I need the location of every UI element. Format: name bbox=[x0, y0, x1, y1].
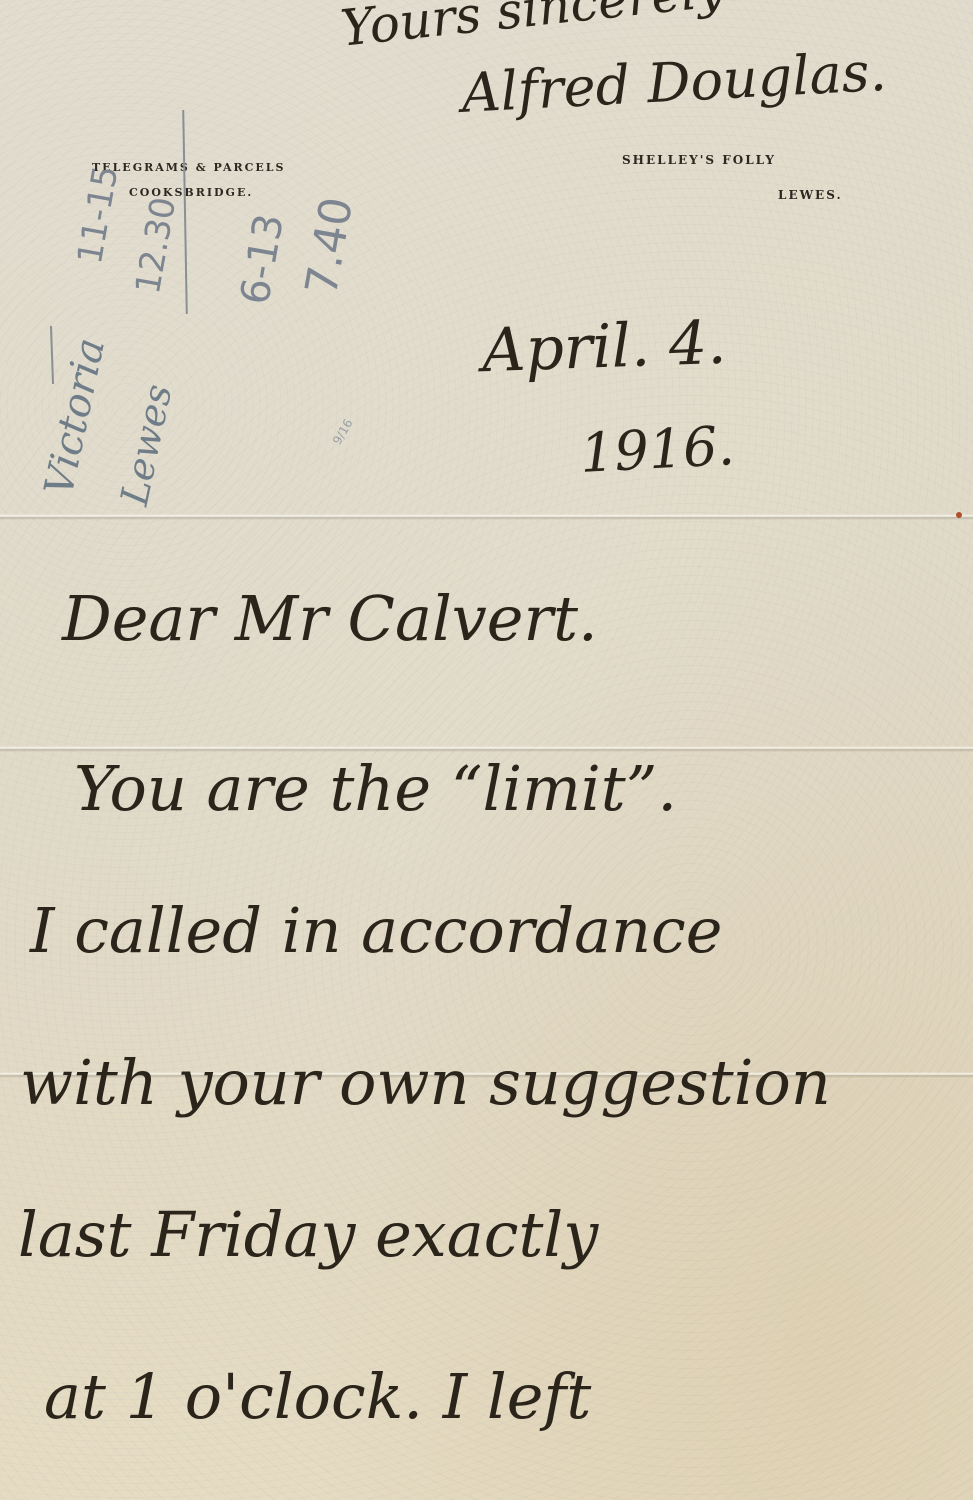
pencil-time-1230: 12.30 bbox=[128, 194, 184, 297]
rust-spot bbox=[956, 512, 962, 518]
fold-crease bbox=[0, 514, 973, 520]
pencil-time-613: 6-13 bbox=[232, 211, 293, 308]
date-month-day: April. 4. bbox=[481, 308, 727, 386]
letter-page: Yours sincerely Alfred Douglas. TELEGRAM… bbox=[0, 0, 973, 1500]
pencil-time-1115: 11-15 bbox=[70, 163, 127, 267]
pencil-time-740: 7.40 bbox=[296, 194, 363, 299]
letterhead-lewes: LEWES. bbox=[778, 188, 843, 202]
pencil-mark bbox=[50, 326, 54, 384]
body-line: with your own suggestion bbox=[20, 1046, 831, 1119]
date-year: 1916. bbox=[578, 414, 736, 485]
pencil-small-mark: 9/16 bbox=[330, 417, 356, 447]
salutation: Dear Mr Calvert. bbox=[62, 582, 598, 655]
pencil-divider-line bbox=[182, 110, 188, 314]
body-line: You are the “limit”. bbox=[74, 752, 677, 825]
letterhead-shelleys-folly: SHELLEY'S FOLLY bbox=[622, 153, 776, 167]
pencil-station-lewes: Lewes bbox=[112, 380, 180, 509]
signature-name: Alfred Douglas. bbox=[460, 40, 888, 125]
body-line: I called in accordance bbox=[30, 894, 722, 967]
body-line: at 1 o'clock. I left bbox=[44, 1360, 591, 1433]
pencil-station-victoria: Victoria bbox=[36, 334, 114, 499]
closing-text: Yours sincerely bbox=[338, 0, 728, 58]
body-line: last Friday exactly bbox=[18, 1198, 598, 1271]
